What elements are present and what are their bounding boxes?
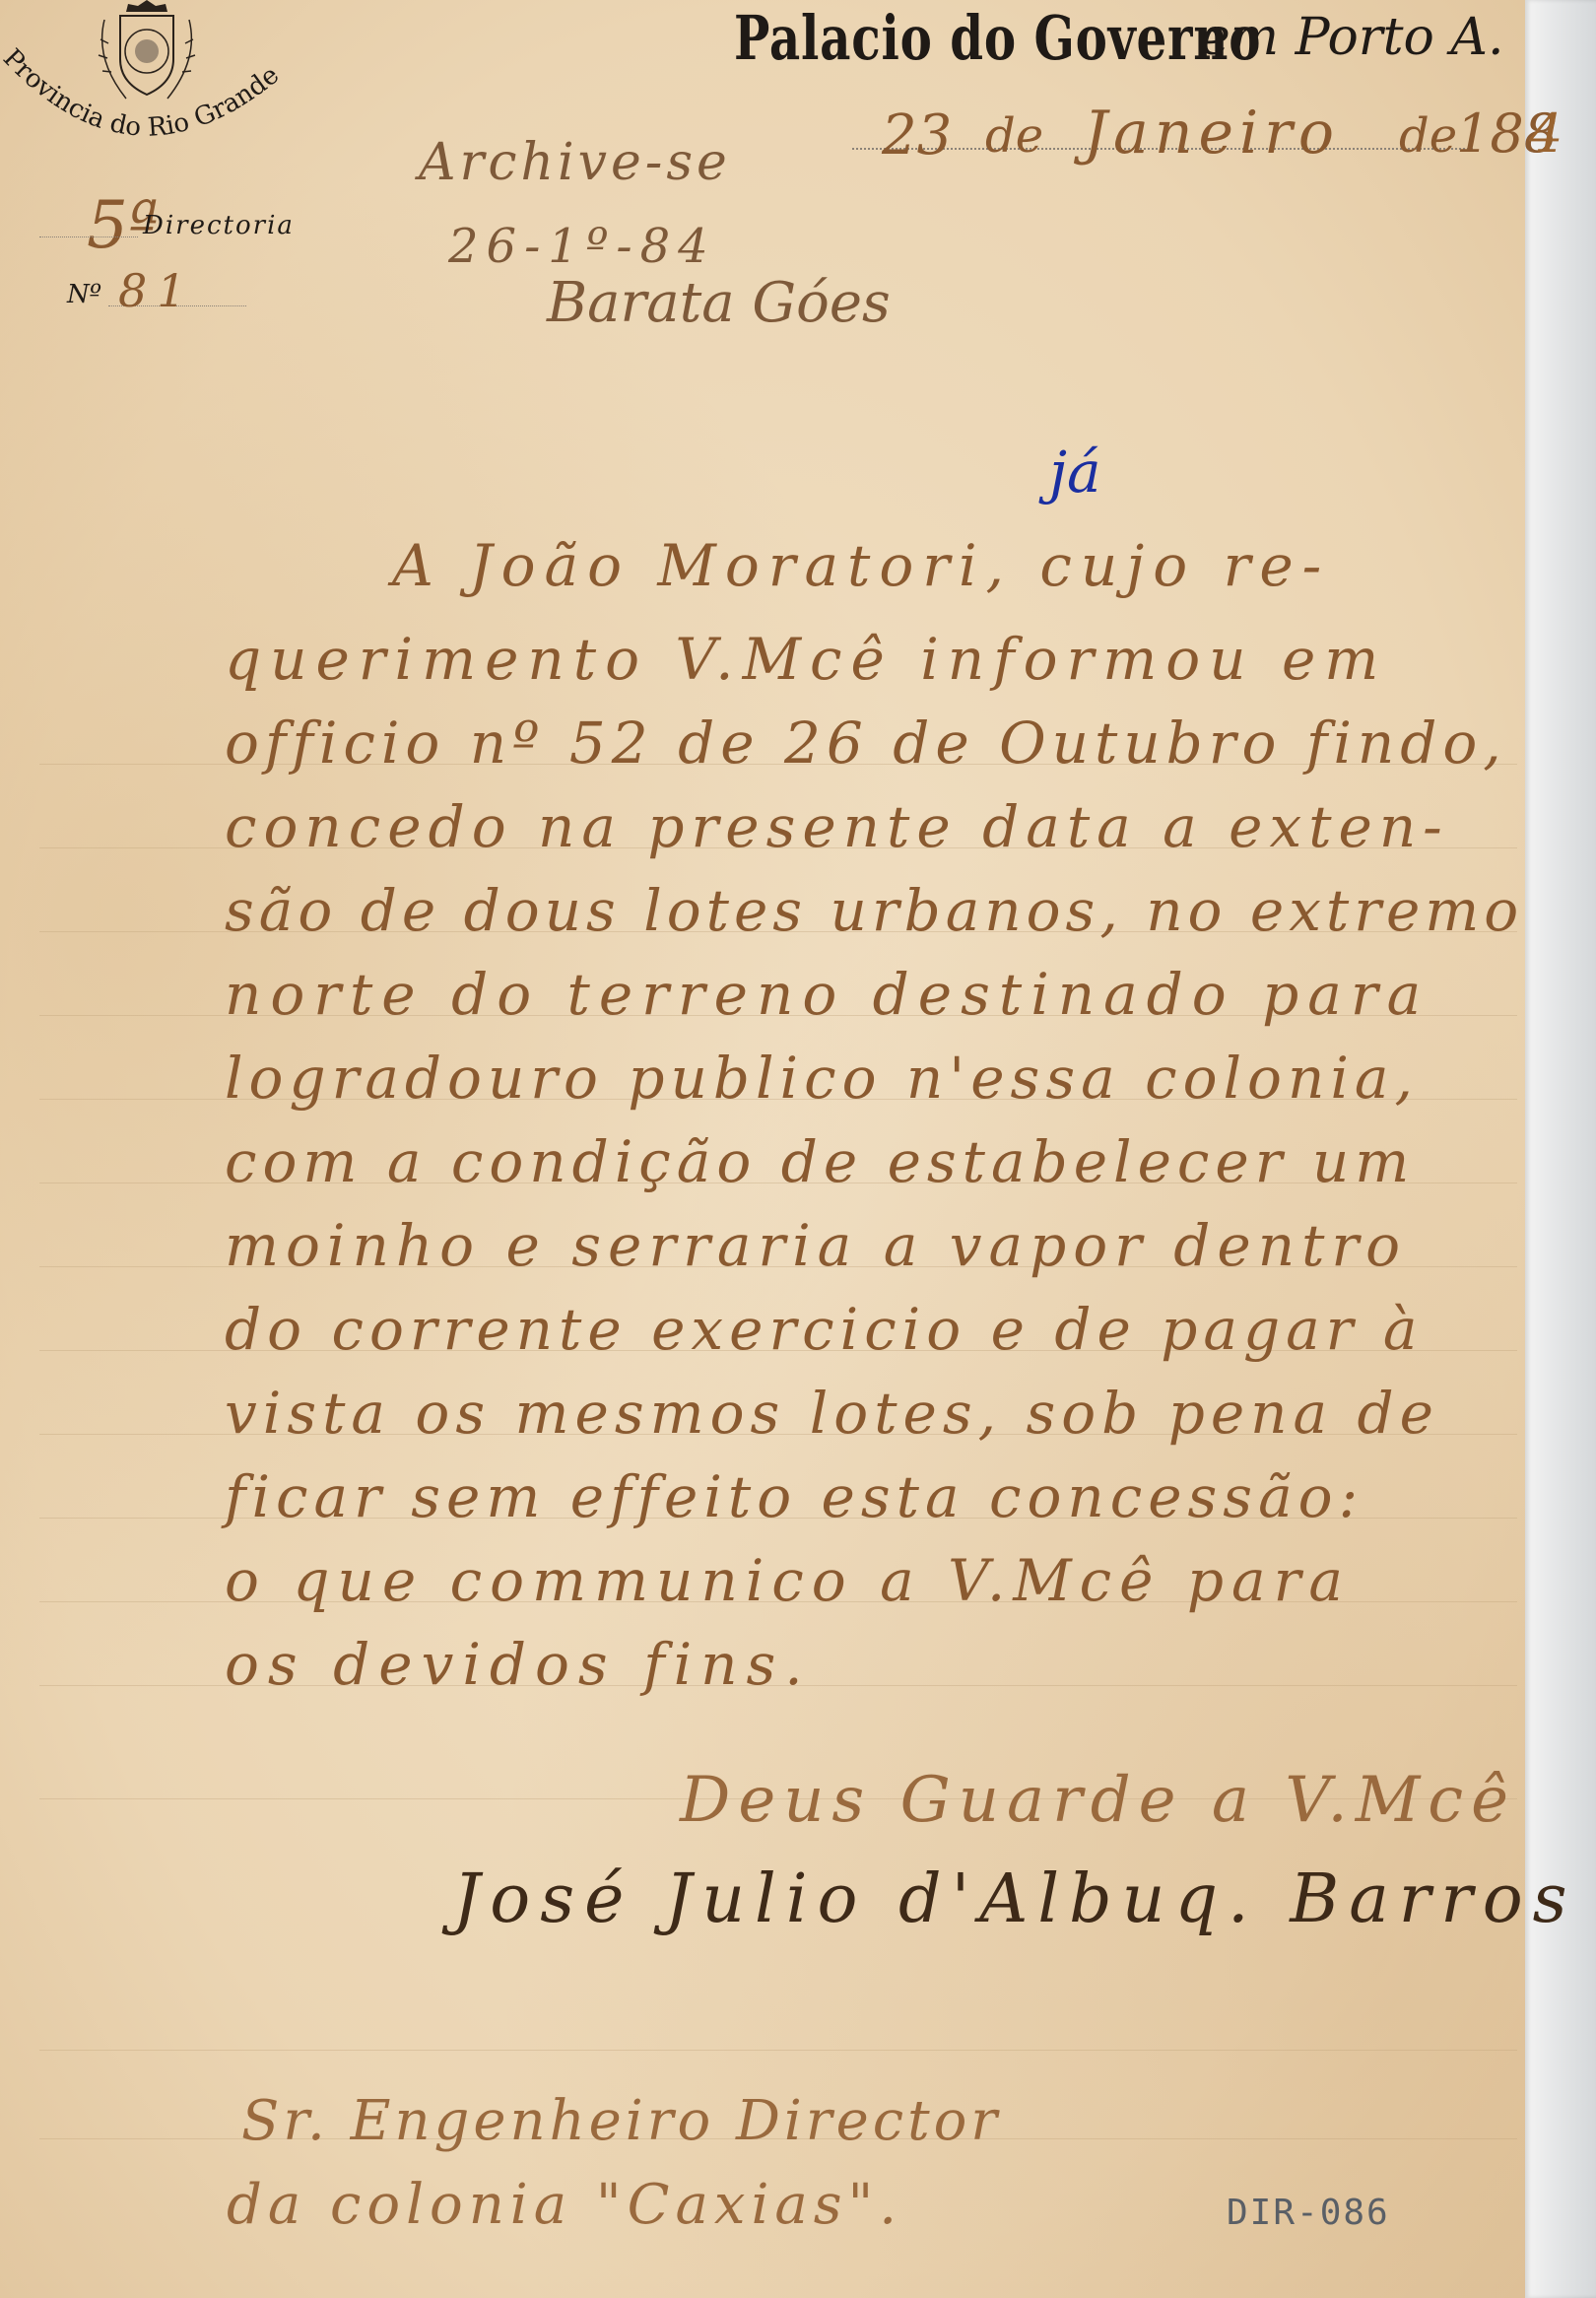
- date-de: de: [985, 108, 1043, 164]
- addressee-title: Sr. Engenheiro Director: [241, 2089, 1001, 2153]
- archive-stamp-code: DIR-086: [1227, 2193, 1390, 2233]
- date-year-digit: 4: [1529, 102, 1563, 165]
- date-month: Janeiro: [1084, 99, 1340, 168]
- body-line: moinho e serraria a vapor dentro: [225, 1212, 1407, 1279]
- body-line: concedo na presente data a exten-: [225, 793, 1449, 860]
- scan-edge: [1525, 0, 1596, 2298]
- province-arc-text: Provincia do Rio Grande do Sul.: [0, 20, 305, 168]
- directoria-dotted-line: [39, 237, 138, 237]
- closing-signature: José Julio d'Albuq. Barros: [453, 1860, 1577, 1938]
- body-line: do corrente exercicio e de pagar à: [225, 1296, 1423, 1363]
- directoria-label: Directoria: [143, 211, 295, 240]
- date-de-year: de: [1399, 108, 1457, 164]
- body-line: vista os mesmos lotes, sob pena de: [225, 1380, 1439, 1447]
- archive-note: Archive-se: [419, 133, 731, 192]
- addressee-colony: da colonia "Caxias".: [227, 2173, 902, 2237]
- closing-salutation: Deus Guarde a V.Mcê: [680, 1764, 1516, 1837]
- body-line: officio nº 52 de 26 de Outubro findo,: [225, 710, 1507, 777]
- letterhead-title: Palacio do Governo: [734, 2, 1261, 74]
- body-line: são de dous lotes urbanos, no extremo: [225, 877, 1523, 944]
- date-day: 23: [882, 103, 952, 168]
- body-line: querimento V.Mcê informou em: [225, 626, 1387, 693]
- archive-signature: Barata Góes: [547, 271, 891, 335]
- body-line: norte do terreno destinado para: [225, 961, 1430, 1028]
- number-label: Nº: [67, 280, 101, 309]
- letterhead-location: em Porto A.: [1200, 8, 1503, 67]
- svg-text:Provincia do Rio Grande do Sul: Provincia do Rio Grande do Sul.: [0, 20, 291, 143]
- ruled-line: [39, 2050, 1517, 2051]
- body-line: com a condição de estabelecer um: [225, 1128, 1415, 1195]
- number-value: 81: [118, 264, 196, 317]
- body-line: A João Moratori, cujo re-: [392, 532, 1330, 599]
- archive-date: 26-1º-84: [448, 219, 716, 274]
- body-line: o que communico a V.Mcê para: [225, 1547, 1351, 1614]
- body-line: ficar sem effeito esta concessão:: [225, 1463, 1363, 1530]
- body-line: os devidos fins.: [225, 1631, 812, 1698]
- body-line: logradouro publico n'essa colonia,: [225, 1045, 1419, 1112]
- blue-annotation: já: [1049, 439, 1101, 506]
